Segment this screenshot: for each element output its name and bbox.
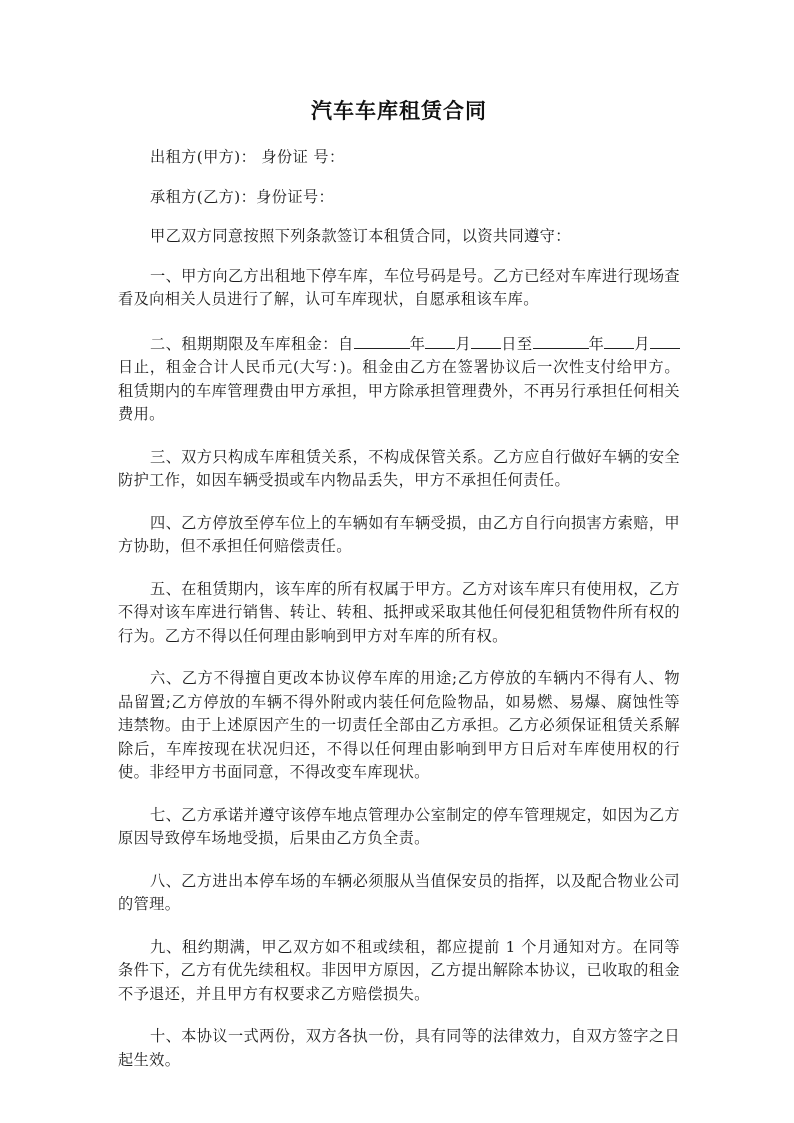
clause-5: 五、在租赁期内，该车库的所有权属于甲方。乙方对该车库只有使用权，乙方不得对该车库… — [118, 578, 680, 649]
clause-7: 七、乙方承诺并遵守该停车地点管理办公室制定的停车管理规定，如因为乙方原因导致停车… — [118, 804, 680, 851]
clause-2-text-end: 日止，租金合计人民币元(大写：)。租金由乙方在签署协议后一次性支付给甲方。租赁期… — [118, 358, 680, 423]
start-year-blank[interactable] — [354, 331, 410, 349]
clause-6: 六、乙方不得擅自更改本协议停车库的用途;乙方停放的车辆内不得有人、物品留置;乙方… — [118, 667, 680, 785]
clause-3: 三、双方只构成车库租赁关系，不构成保管关系。乙方应自行做好车辆的安全防护工作，如… — [118, 446, 680, 493]
lessee-line: 承租方(乙方)：身份证号： — [118, 186, 680, 210]
end-day-blank[interactable] — [650, 331, 680, 349]
month-label: 月 — [634, 335, 650, 353]
document-title: 汽车车库租赁合同 — [118, 96, 680, 126]
month-label: 月 — [455, 335, 471, 353]
lessor-line: 出租方(甲方)： 身份证 号： — [118, 146, 680, 170]
clause-9: 九、租约期满，甲乙双方如不租或续租，都应提前 1 个月通知对方。在同等条件下，乙… — [118, 936, 680, 1007]
preamble: 甲乙双方同意按照下列条款签订本租赁合同，以资共同遵守： — [118, 225, 680, 249]
clause-4: 四、乙方停放至停车位上的车辆如有车辆受损，由乙方自行向损害方索赔，甲方协助，但不… — [118, 512, 680, 559]
year-label: 年 — [410, 335, 426, 353]
end-month-blank[interactable] — [604, 331, 634, 349]
contract-page: 汽车车库租赁合同 出租方(甲方)： 身份证 号： 承租方(乙方)：身份证号： 甲… — [118, 96, 680, 1091]
start-day-blank[interactable] — [471, 331, 501, 349]
year-label: 年 — [589, 335, 605, 353]
day-to-label: 日至 — [501, 335, 532, 353]
clause-10: 十、本协议一式两份，双方各执一份，具有同等的法律效力，自双方签字之日起生效。 — [118, 1025, 680, 1072]
clause-1: 一、甲方向乙方出租地下停车库，车位号码是号。乙方已经对车库进行现场查看及向相关人… — [118, 265, 680, 312]
start-month-blank[interactable] — [425, 331, 455, 349]
clause-8: 八、乙方进出本停车场的车辆必须服从当值保安员的指挥，以及配合物业公司 的管理。 — [118, 870, 680, 917]
clause-2-text-start: 二、租期期限及车库租金：自 — [150, 335, 354, 353]
clause-2: 二、租期期限及车库租金：自年月日至年月日止，租金合计人民币元(大写：)。租金由乙… — [118, 331, 680, 427]
end-year-blank[interactable] — [533, 331, 589, 349]
